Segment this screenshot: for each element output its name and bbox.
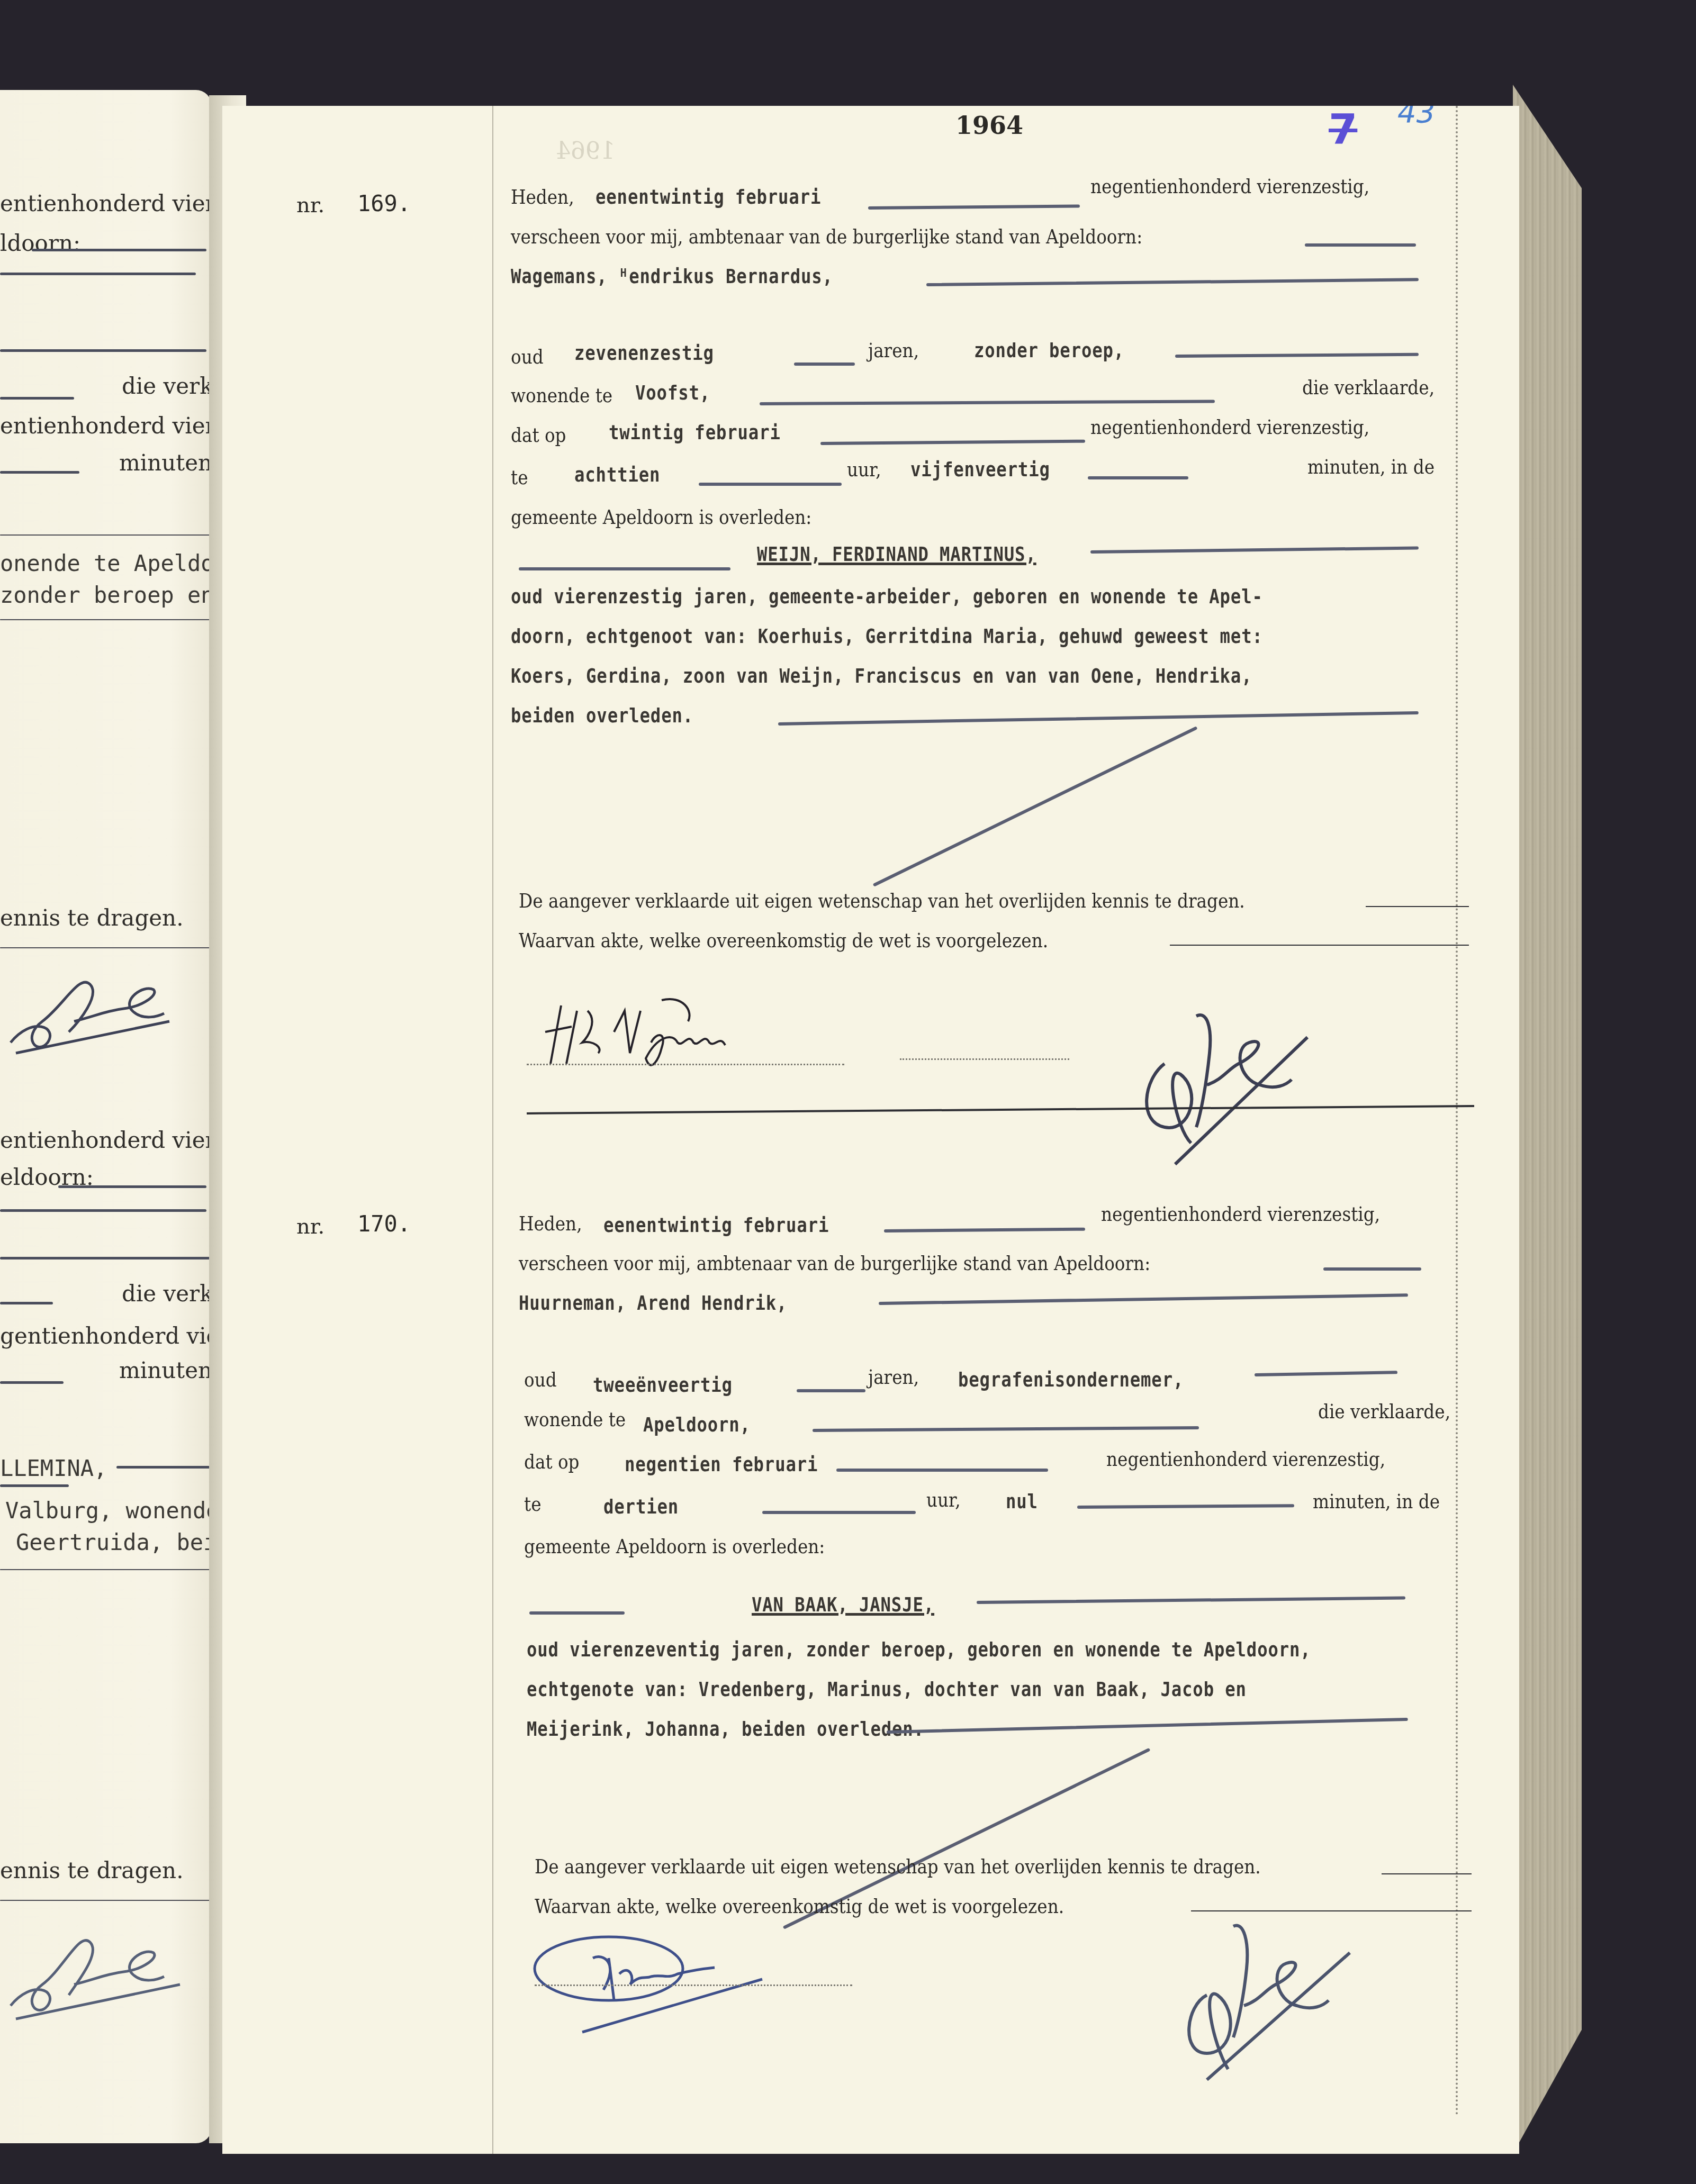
appeared-before: verscheen voor mij, ambtenaar van de bur… bbox=[519, 1252, 1150, 1275]
official-signature-icon bbox=[0, 958, 175, 1058]
left-line: gentienhonderd vierenz bbox=[0, 1323, 212, 1349]
deceased-details: Meijerink, Johanna, beiden overleden. bbox=[527, 1717, 924, 1741]
fill-rule bbox=[1191, 1910, 1472, 1911]
fill-rule bbox=[762, 1511, 916, 1514]
fill-rule bbox=[1382, 1873, 1472, 1874]
fill-rule bbox=[868, 205, 1080, 210]
page-stack-edge bbox=[1513, 85, 1582, 2154]
fill-rule bbox=[0, 534, 212, 536]
fill-rule bbox=[1175, 353, 1419, 358]
declared-label: die verklaarde, bbox=[1302, 376, 1435, 399]
death-date: twintig februari bbox=[609, 421, 781, 444]
left-line: LLEMINA, bbox=[0, 1455, 107, 1481]
fill-rule bbox=[0, 273, 196, 275]
record-date: eenentwintig februari bbox=[596, 185, 821, 209]
deceased-name: WEIJN, FERDINAND MARTINUS, bbox=[757, 542, 1036, 566]
fill-rule bbox=[1090, 546, 1419, 554]
deceased-name: VAN BAAK, JANSJE, bbox=[752, 1593, 934, 1616]
fill-rule bbox=[887, 1718, 1408, 1734]
fill-rule bbox=[1366, 906, 1469, 907]
fill-rule bbox=[32, 249, 206, 251]
municipality-line: gemeente Apeldoorn is overleden: bbox=[511, 505, 811, 529]
at-label: te bbox=[511, 466, 528, 489]
fill-rule bbox=[836, 1469, 1048, 1472]
official-signature-icon bbox=[0, 1910, 175, 2022]
left-line: onende te Apeldoo bbox=[0, 550, 212, 576]
left-line: zonder beroep en bbox=[0, 582, 212, 608]
left-line: entienhonderd vierenz bbox=[0, 1127, 212, 1153]
cancel-stroke bbox=[873, 726, 1198, 886]
fill-rule bbox=[0, 1257, 212, 1259]
fill-rule bbox=[1077, 1504, 1294, 1509]
fill-rule bbox=[1305, 243, 1416, 247]
signature-line bbox=[527, 1064, 844, 1065]
fill-rule bbox=[0, 471, 79, 474]
record-number: 169. bbox=[357, 191, 411, 216]
age-label: oud bbox=[524, 1368, 557, 1391]
hour-label: uur, bbox=[847, 458, 881, 481]
record-number-label: nr. bbox=[296, 193, 324, 218]
declarant-signature-icon bbox=[535, 990, 757, 1074]
year-words: negentienhonderd vierenzestig, bbox=[1090, 175, 1369, 198]
fill-rule bbox=[1323, 1267, 1421, 1271]
deceased-details: oud vierenzestig jaren, gemeente-arbeide… bbox=[511, 585, 1263, 608]
minutes-label: minuten, in de bbox=[1313, 1490, 1440, 1513]
on-label: dat op bbox=[524, 1450, 580, 1473]
declarant-name: Wagemans, ᴴendrikus Bernardus, bbox=[511, 265, 833, 288]
municipality-line: gemeente Apeldoorn is overleden: bbox=[524, 1535, 825, 1558]
residing-label: wonende te bbox=[511, 384, 612, 407]
fill-rule bbox=[813, 1426, 1199, 1432]
fill-rule bbox=[0, 1484, 69, 1487]
bleed-through: 1964 bbox=[556, 138, 615, 165]
fill-rule bbox=[760, 400, 1215, 405]
page-annotation-mark: 7 bbox=[1329, 106, 1357, 153]
declarant-residence: Voofst, bbox=[635, 381, 710, 404]
deceased-details: oud vierenzeventig jaren, zonder beroep,… bbox=[527, 1638, 1311, 1661]
fill-rule bbox=[0, 1569, 212, 1570]
declared-label: die verklaarde, bbox=[1318, 1400, 1450, 1423]
left-line: Geertruida, beide bbox=[16, 1529, 212, 1555]
death-year-words: negentienhonderd vierenzestig, bbox=[1090, 415, 1369, 439]
years-label: jaren, bbox=[868, 1365, 919, 1389]
at-label: te bbox=[524, 1492, 541, 1516]
fill-rule bbox=[820, 440, 1085, 445]
deceased-details: doorn, echtgenoot van: Koerhuis, Gerritd… bbox=[511, 624, 1263, 648]
death-minutes: nul bbox=[1006, 1490, 1038, 1513]
left-line: entienhonderd vierenz bbox=[0, 191, 212, 216]
residing-label: wonende te bbox=[524, 1408, 626, 1431]
left-line: ennis te dragen. bbox=[0, 905, 184, 931]
fill-rule bbox=[0, 1900, 212, 1901]
knowledge-statement: De aangever verklaarde uit eigen wetensc… bbox=[535, 1855, 1261, 1878]
official-signature-icon bbox=[1133, 1005, 1408, 1175]
record-number-label: nr. bbox=[296, 1215, 324, 1239]
heden-label: Heden, bbox=[511, 185, 574, 209]
heden-label: Heden, bbox=[519, 1212, 582, 1235]
fill-rule bbox=[778, 711, 1419, 726]
fill-rule bbox=[0, 619, 212, 620]
declarant-name: Huurneman, Arend Hendrik, bbox=[519, 1291, 787, 1315]
fill-rule bbox=[977, 1597, 1405, 1604]
official-signature-icon bbox=[1175, 1916, 1413, 2085]
record-number: 170. bbox=[357, 1211, 411, 1237]
left-line: Valburg, wonende t bbox=[5, 1498, 212, 1524]
fill-rule bbox=[699, 483, 842, 486]
signature-line bbox=[900, 1058, 1069, 1060]
left-line: minuten, i bbox=[119, 450, 212, 476]
fill-rule bbox=[0, 1209, 206, 1212]
fill-rule bbox=[519, 567, 730, 570]
fill-rule bbox=[1255, 1371, 1397, 1376]
fill-rule bbox=[926, 278, 1419, 286]
left-line: minuten, i bbox=[119, 1357, 212, 1383]
register-page: 1964 1964 7 43 nr. 169. Heden, eenentwin… bbox=[222, 106, 1519, 2154]
left-line: die verkla bbox=[122, 373, 212, 399]
signature-line bbox=[535, 1984, 852, 1986]
left-line: entienhonderd vierenz bbox=[0, 413, 212, 439]
margin-rule bbox=[492, 106, 493, 2154]
fill-rule bbox=[884, 1228, 1085, 1233]
previous-page-fragment: entienhonderd vierenz ldoorn: die verkla… bbox=[0, 90, 212, 2143]
deceased-details: beiden overleden. bbox=[511, 704, 693, 727]
on-label: dat op bbox=[511, 423, 566, 447]
fill-rule bbox=[0, 1381, 64, 1384]
death-minutes: vijfenveertig bbox=[910, 458, 1050, 481]
fill-rule bbox=[0, 349, 206, 352]
death-date: negentien februari bbox=[625, 1453, 818, 1476]
declarant-occupation: begrafenisondernemer, bbox=[958, 1368, 1184, 1391]
page-number-annotation: 43 bbox=[1397, 106, 1435, 130]
year-words: negentienhonderd vierenzestig, bbox=[1101, 1202, 1380, 1226]
declarant-age: zevenenzestig bbox=[574, 341, 714, 365]
fill-rule bbox=[0, 947, 212, 948]
reading-statement: Waarvan akte, welke overeenkomstig de we… bbox=[519, 929, 1048, 952]
fill-rule bbox=[529, 1611, 625, 1615]
left-line: die verkla bbox=[122, 1281, 212, 1307]
fill-rule bbox=[58, 1185, 206, 1188]
fill-rule bbox=[794, 363, 855, 366]
death-hour: achttien bbox=[574, 463, 660, 486]
deceased-details: Koers, Gerdina, zoon van Weijn, Francisc… bbox=[511, 664, 1252, 687]
appeared-before: verscheen voor mij, ambtenaar van de bur… bbox=[511, 225, 1142, 248]
deceased-details: echtgenote van: Vredenberg, Marinus, doc… bbox=[527, 1678, 1247, 1701]
hour-label: uur, bbox=[926, 1488, 961, 1511]
fill-rule bbox=[0, 1302, 53, 1304]
death-year-words: negentienhonderd vierenzestig, bbox=[1106, 1447, 1385, 1471]
declarant-occupation: zonder beroep, bbox=[974, 339, 1124, 362]
fill-rule bbox=[879, 1293, 1408, 1305]
years-label: jaren, bbox=[868, 339, 919, 362]
left-line: ldoorn: bbox=[0, 230, 80, 256]
fill-rule bbox=[116, 1466, 212, 1469]
minutes-label: minuten, in de bbox=[1307, 455, 1435, 478]
record-date: eenentwintig februari bbox=[603, 1213, 829, 1237]
fill-rule bbox=[0, 397, 74, 400]
fill-rule bbox=[1170, 945, 1469, 946]
declarant-age: tweeënveertig bbox=[593, 1373, 733, 1397]
fill-rule bbox=[797, 1389, 865, 1392]
death-hour: dertien bbox=[603, 1495, 679, 1518]
left-line: ennis te dragen. bbox=[0, 1857, 184, 1883]
register-year: 1964 bbox=[955, 111, 1023, 140]
perforation-edge bbox=[1456, 106, 1458, 2117]
fill-rule bbox=[1088, 476, 1188, 479]
declarant-residence: Apeldoorn, bbox=[643, 1413, 751, 1436]
reading-statement: Waarvan akte, welke overeenkomstig de we… bbox=[535, 1895, 1064, 1918]
knowledge-statement: De aangever verklaarde uit eigen wetensc… bbox=[519, 889, 1245, 912]
age-label: oud bbox=[511, 345, 544, 368]
